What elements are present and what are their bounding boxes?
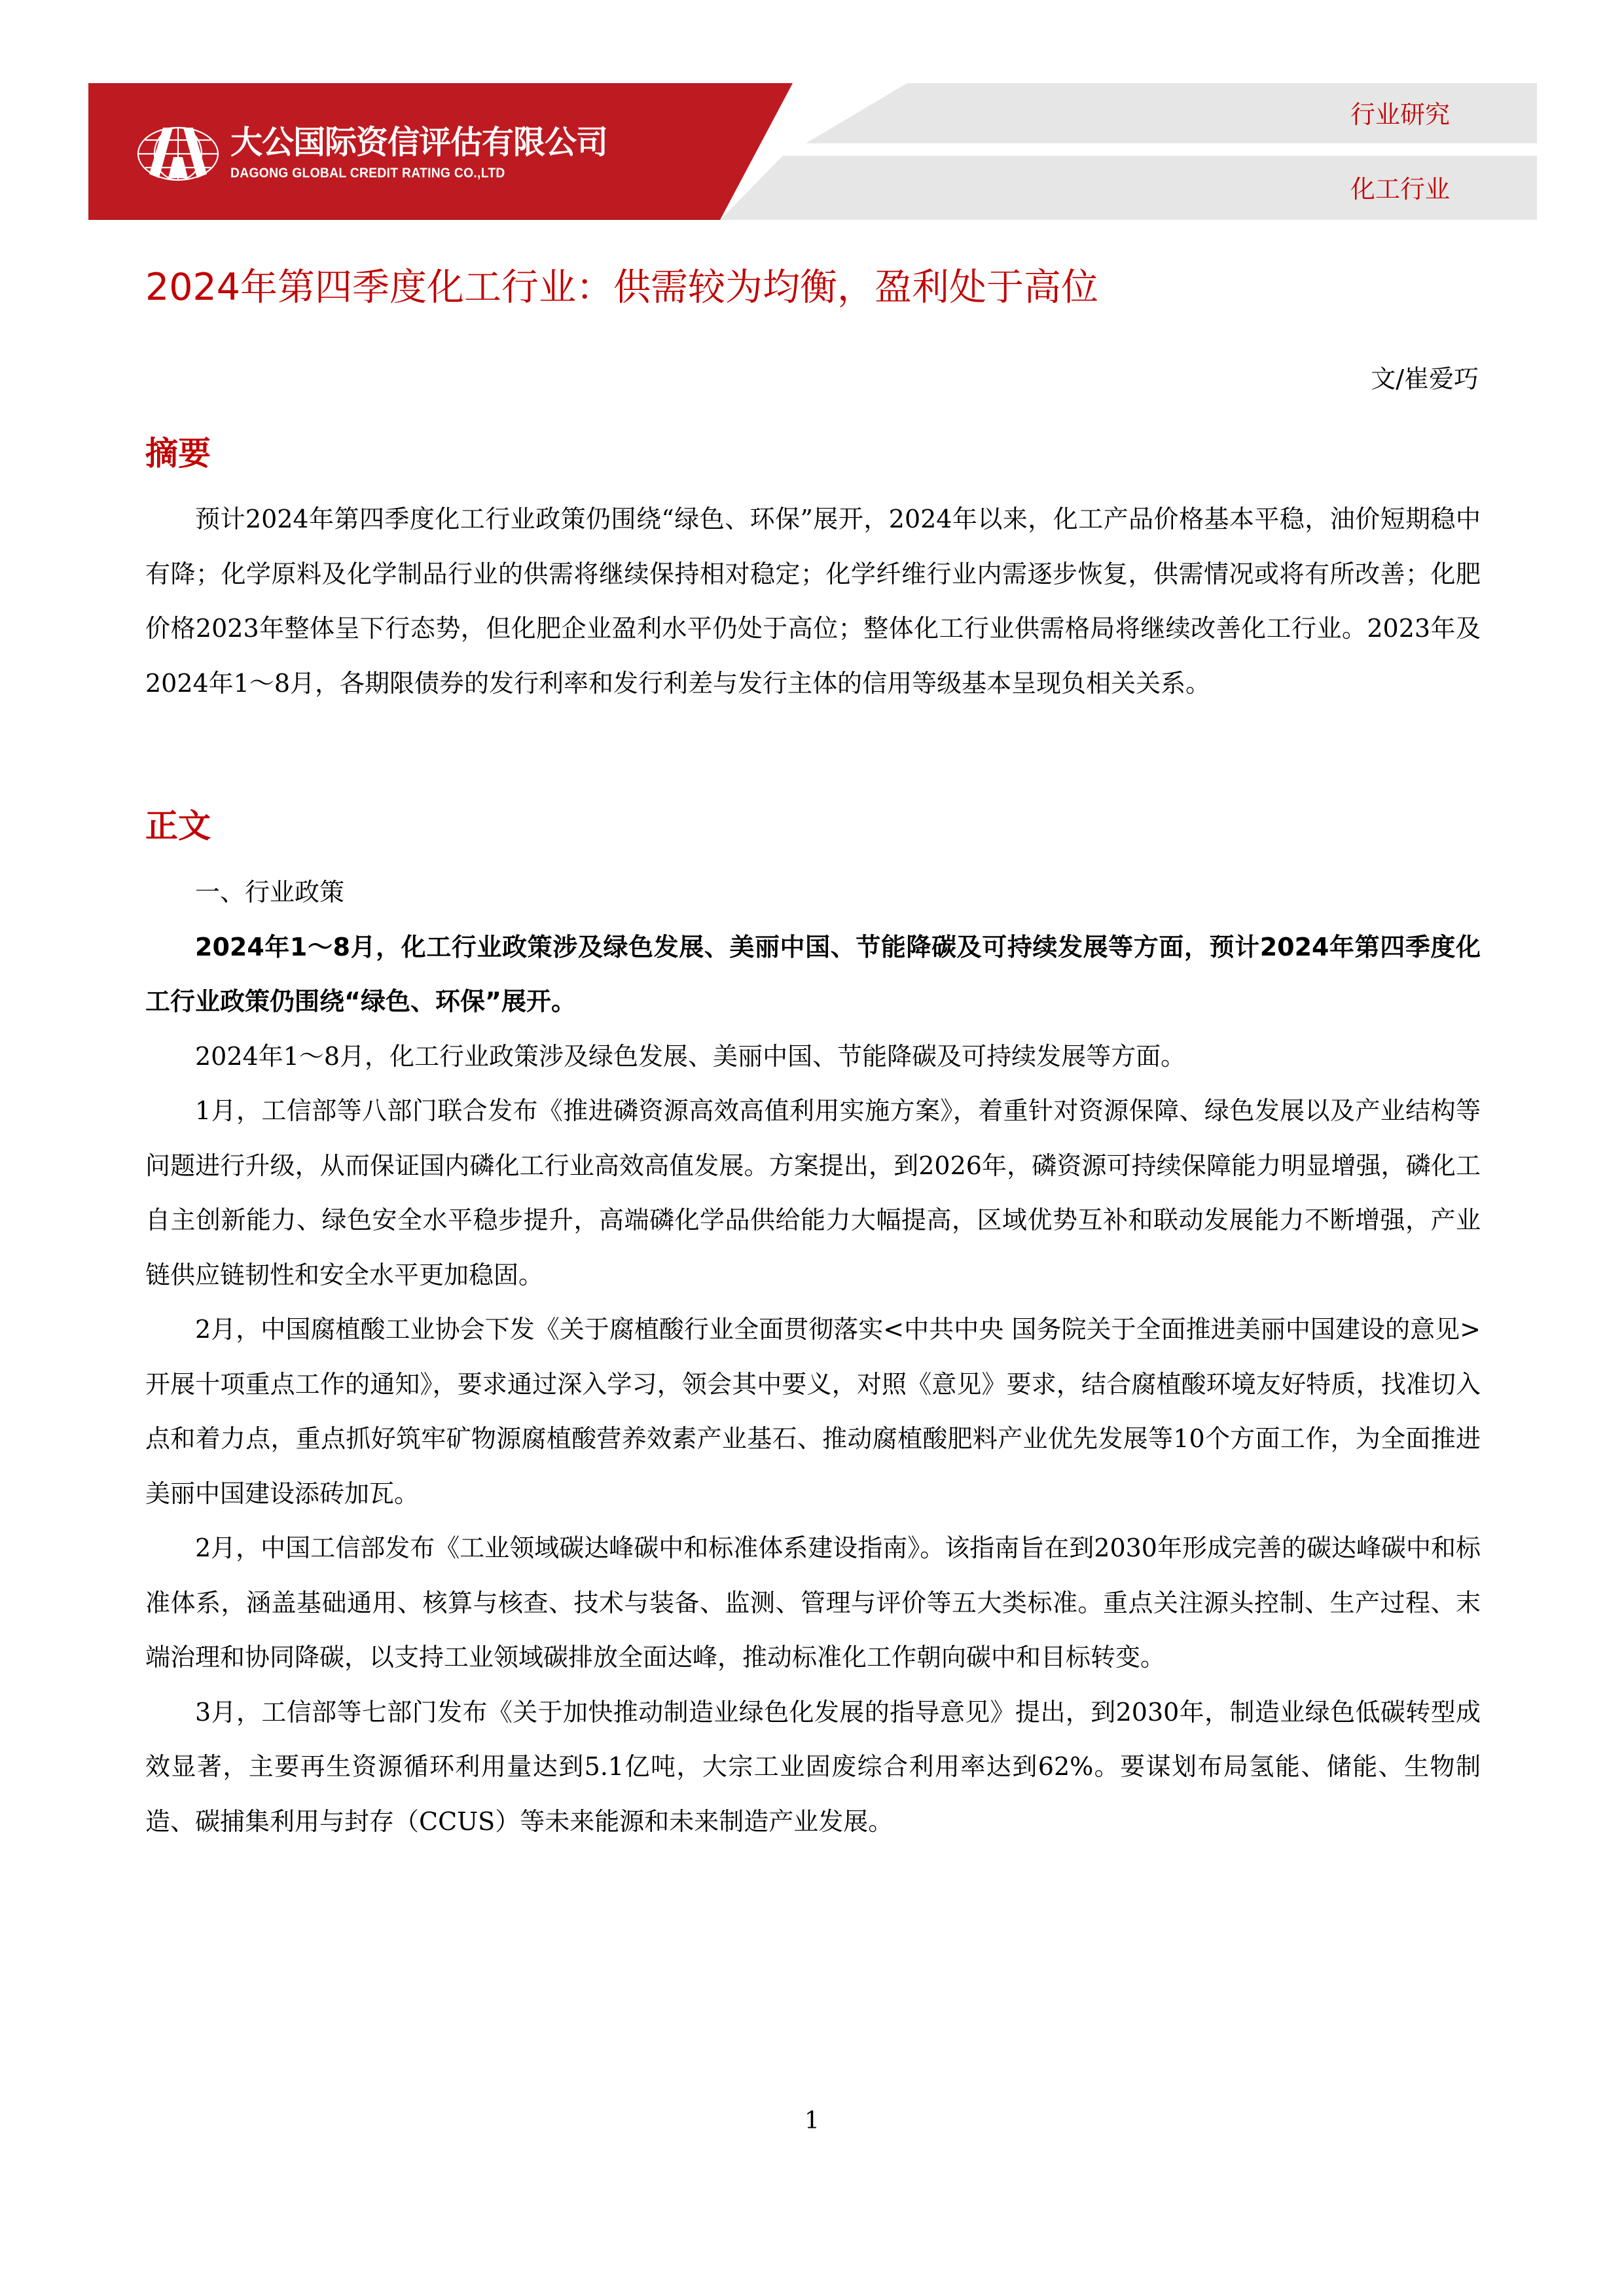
section-1-lead: 2024年1～8月，化工行业政策涉及绿色发展、美丽中国、节能降碳及可持续发展等方… (145, 920, 1481, 1030)
body-paragraph: 1月，工信部等八部门联合发布《推进磷资源高效高值利用实施方案》，着重针对资源保障… (145, 1084, 1481, 1302)
body-paragraph: 2024年1～8月，化工行业政策涉及绿色发展、美丽中国、节能降碳及可持续发展等方… (145, 1030, 1481, 1085)
abstract-heading: 摘要 (145, 437, 211, 470)
body-paragraph: 2月，中国腐植酸工业协会下发《关于腐植酸行业全面贯彻落实<中共中央 国务院关于全… (145, 1302, 1481, 1521)
abstract-paragraph: 预计2024年第四季度化工行业政策仍围绕“绿色、环保”展开，2024年以来，化工… (145, 492, 1481, 711)
section-1-title: 一、行业政策 (145, 865, 1481, 920)
page-number: 1 (0, 2108, 1624, 2134)
abstract-section: 预计2024年第四季度化工行业政策仍围绕“绿色、环保”展开，2024年以来，化工… (145, 492, 1481, 711)
company-name-en: DAGONG GLOBAL CREDIT RATING CO.,LTD (230, 166, 505, 180)
company-name-cn: 大公国际资信评估有限公司 (230, 126, 607, 158)
body-paragraph: 3月，工信部等七部门发布《关于加快推动制造业绿色化发展的指导意见》提出，到203… (145, 1685, 1481, 1850)
document-title: 2024年第四季度化工行业：供需较为均衡，盈利处于高位 (145, 265, 1098, 310)
category-tag-industry-research: 行业研究 (1350, 102, 1450, 127)
category-tag-chemical-industry: 化工行业 (1350, 177, 1450, 202)
body-section: 一、行业政策 2024年1～8月，化工行业政策涉及绿色发展、美丽中国、节能降碳及… (145, 865, 1481, 1849)
author-byline: 文/崔爱巧 (1371, 359, 1479, 395)
body-paragraph: 2月，中国工信部发布《工业领域碳达峰碳中和标准体系建设指南》。该指南旨在到203… (145, 1521, 1481, 1685)
report-header: 大公国际资信评估有限公司 DAGONG GLOBAL CREDIT RATING… (0, 0, 1624, 236)
body-heading: 正文 (145, 810, 211, 842)
